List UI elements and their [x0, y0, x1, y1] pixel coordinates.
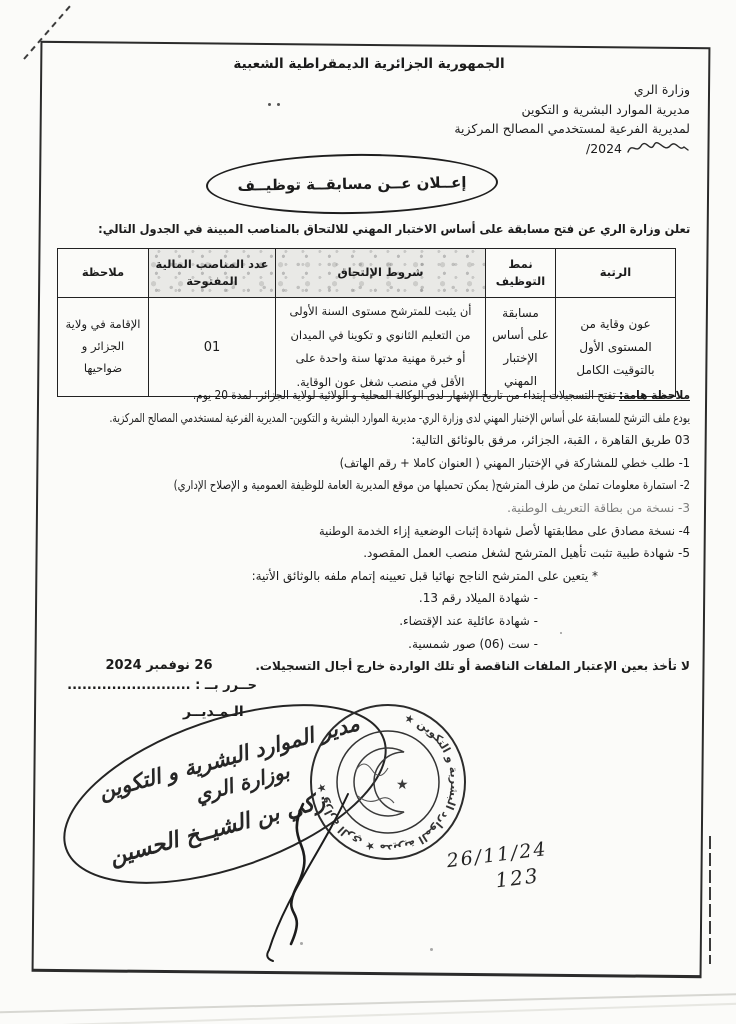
col-header-count: عدد المناصب المالية المفتوحة	[149, 249, 276, 298]
header-year: 2024/	[586, 139, 622, 159]
final-docs-intro: * يتعين على المترشح الناجح نهائيا قبل تع…	[48, 565, 598, 588]
cell-note: الإقامة في ولاية الجزائر و ضواحيها	[58, 298, 149, 397]
col-header-note: ملاحظة	[58, 249, 149, 298]
scan-speck	[268, 103, 271, 106]
document-item-1: 1- طلب خطي للمشاركة في الإختبار المهني (…	[80, 452, 690, 475]
document-item-3: 3- نسخة من بطاقة التعريف الوطنية.	[48, 497, 690, 520]
final-doc-item-1: - شهادة الميلاد رقم 13.	[48, 587, 538, 610]
final-doc-item-3: - ست (06) صور شمسية.	[48, 633, 538, 656]
stamps-and-signature: مدير الموارد البشرية و التكوين بوزارة ال…	[48, 682, 488, 972]
directorate-name: مديرية الموارد البشرية و التكوين	[454, 100, 690, 120]
notes-section: ملاحظة هامة: تفتح التسجيلات إبتداء من تا…	[48, 384, 690, 678]
final-doc-item-2: - شهادة عائلية عند الإقتضاء.	[48, 610, 538, 633]
address-line: 03 طريق القاهرة ، القبة، الجزائر، مرفق ب…	[48, 429, 690, 452]
handwritten-scribble	[626, 140, 690, 156]
scan-edge-mark	[709, 836, 711, 964]
col-header-mode: نمط التوظيف	[486, 249, 556, 298]
round-stamp-inner-circle	[337, 731, 439, 833]
scanned-document-page: { "header": { "republic": "الجمهورية الج…	[0, 0, 736, 1024]
positions-table: الرتبة نمط التوظيف شروط الإلتحاق عدد الم…	[57, 248, 676, 397]
important-note-label: ملاحظة هامة:	[619, 388, 690, 402]
star-icon: ★	[396, 777, 409, 793]
round-stamp: ★ وزارة الري ★ مديرية الموارد البشرية و …	[311, 705, 465, 859]
round-stamp-outer-circle	[311, 705, 465, 859]
table-row: عون وقاية من المستوى الأول بالتوقيت الكا…	[58, 298, 676, 397]
announcement-title: إعــلان عــن مسابقــة توظيــف	[237, 173, 466, 194]
document-item-4: 4- نسخة مصادق على مطابقتها لأصل شهادة إث…	[80, 520, 690, 543]
date-stamp: 26 نوفمبر 2024	[88, 658, 230, 673]
important-note: ملاحظة هامة: تفتح التسجيلات إبتداء من تا…	[125, 384, 690, 407]
signature-stroke	[267, 950, 273, 961]
paper-edge-shadow	[0, 1002, 736, 1024]
signature-stroke	[291, 804, 304, 944]
ministry-block: وزارة الري مديرية الموارد البشرية و التك…	[454, 80, 690, 158]
sub-directorate-name: لمديرية الفرعية لمستخدمي المصالح المركزي…	[454, 119, 690, 139]
deposit-line: يودع ملف الترشح للمسابقة على أساس الإختب…	[202, 407, 690, 430]
cell-conditions: أن يثبت للمترشح مستوى السنة الأولى من ال…	[276, 298, 486, 397]
ministry-name: وزارة الري	[454, 80, 690, 100]
col-header-rank: الرتبة	[556, 249, 676, 298]
paper-edge-shadow	[0, 992, 736, 1013]
republic-title: الجمهورية الجزائرية الديمقراطية الشعبية	[36, 56, 702, 72]
col-header-conditions: شروط الإلتحاق	[276, 249, 486, 298]
intro-line: تعلن وزارة الري عن فتح مسابقة على أساس ا…	[98, 222, 690, 236]
cell-mode: مسابقة على أساس الإختبار المهني	[486, 298, 556, 397]
table-header-row: الرتبة نمط التوظيف شروط الإلتحاق عدد الم…	[58, 249, 676, 298]
cell-rank: عون وقاية من المستوى الأول بالتوقيت الكا…	[556, 298, 676, 397]
important-note-text: تفتح التسجيلات إبتداء من تاريخ الإشهار ل…	[193, 388, 619, 402]
header-date-line: 2024/	[454, 139, 690, 159]
document-item-5: 5- شهادة طبية تثبت تأهيل المترشح لشغل من…	[48, 542, 690, 565]
document-item-2: 2- استمارة معلومات تملئ من طرف المترشح( …	[144, 474, 690, 497]
scan-speck	[277, 103, 280, 106]
oval-stamp-text: مدير الموارد البشرية و التكوين بوزارة ال…	[90, 711, 380, 870]
cell-count: 01	[149, 298, 276, 397]
